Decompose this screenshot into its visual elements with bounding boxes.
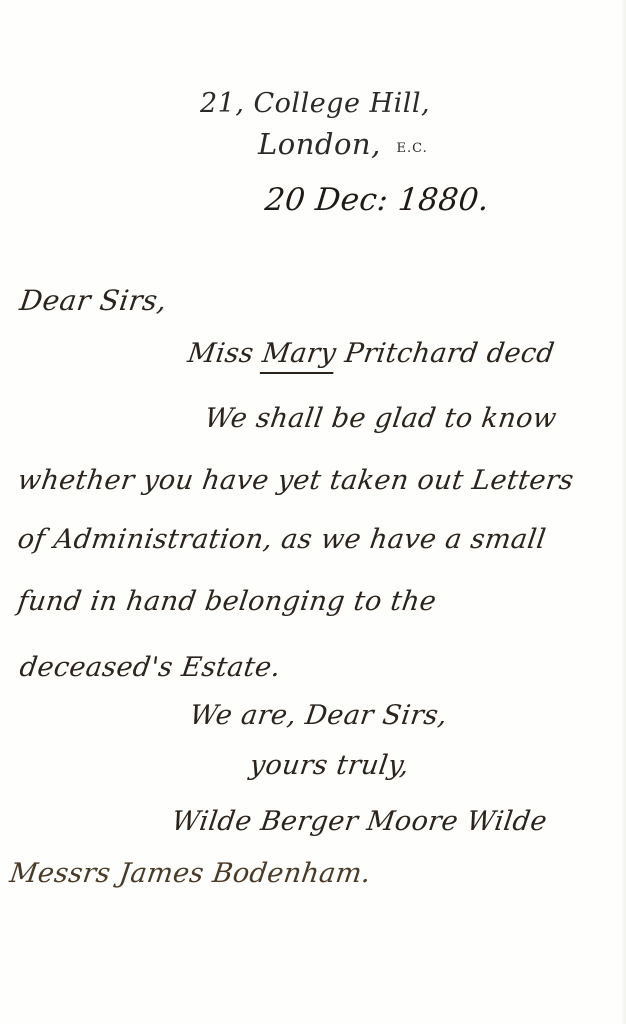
letterhead-city-line: London, E.C. (258, 127, 428, 161)
body-line-1-prefix: Miss (186, 338, 265, 369)
letterhead-district: E.C. (397, 141, 428, 156)
addressee: Messrs James Bodenham. (8, 858, 373, 889)
body-line-3: whether you have yet taken out Letters (16, 465, 576, 496)
letter-date: 20 Dec: 1880. (263, 182, 491, 218)
body-line-2: We shall be glad to know (203, 403, 559, 434)
letterhead-city: London, (258, 127, 381, 161)
closing-line-1: We are, Dear Sirs, (188, 700, 450, 731)
letter-page: 21, College Hill, London, E.C. 20 Dec: 1… (0, 0, 626, 1024)
body-line-1: Miss Mary Pritchard decd (186, 338, 557, 369)
letterhead-street: 21, College Hill, (200, 88, 430, 119)
body-line-4: of Administration, as we have a small (16, 524, 548, 555)
body-line-5: fund in hand belonging to the (16, 586, 439, 617)
signature: Wilde Berger Moore Wilde (170, 806, 549, 837)
body-line-6: deceased's Estate. (18, 652, 283, 683)
closing-line-2: yours truly, (248, 750, 411, 781)
underlined-name: Mary (260, 338, 338, 369)
salutation: Dear Sirs, (18, 284, 169, 317)
body-line-1-suffix: Pritchard decd (334, 338, 557, 369)
